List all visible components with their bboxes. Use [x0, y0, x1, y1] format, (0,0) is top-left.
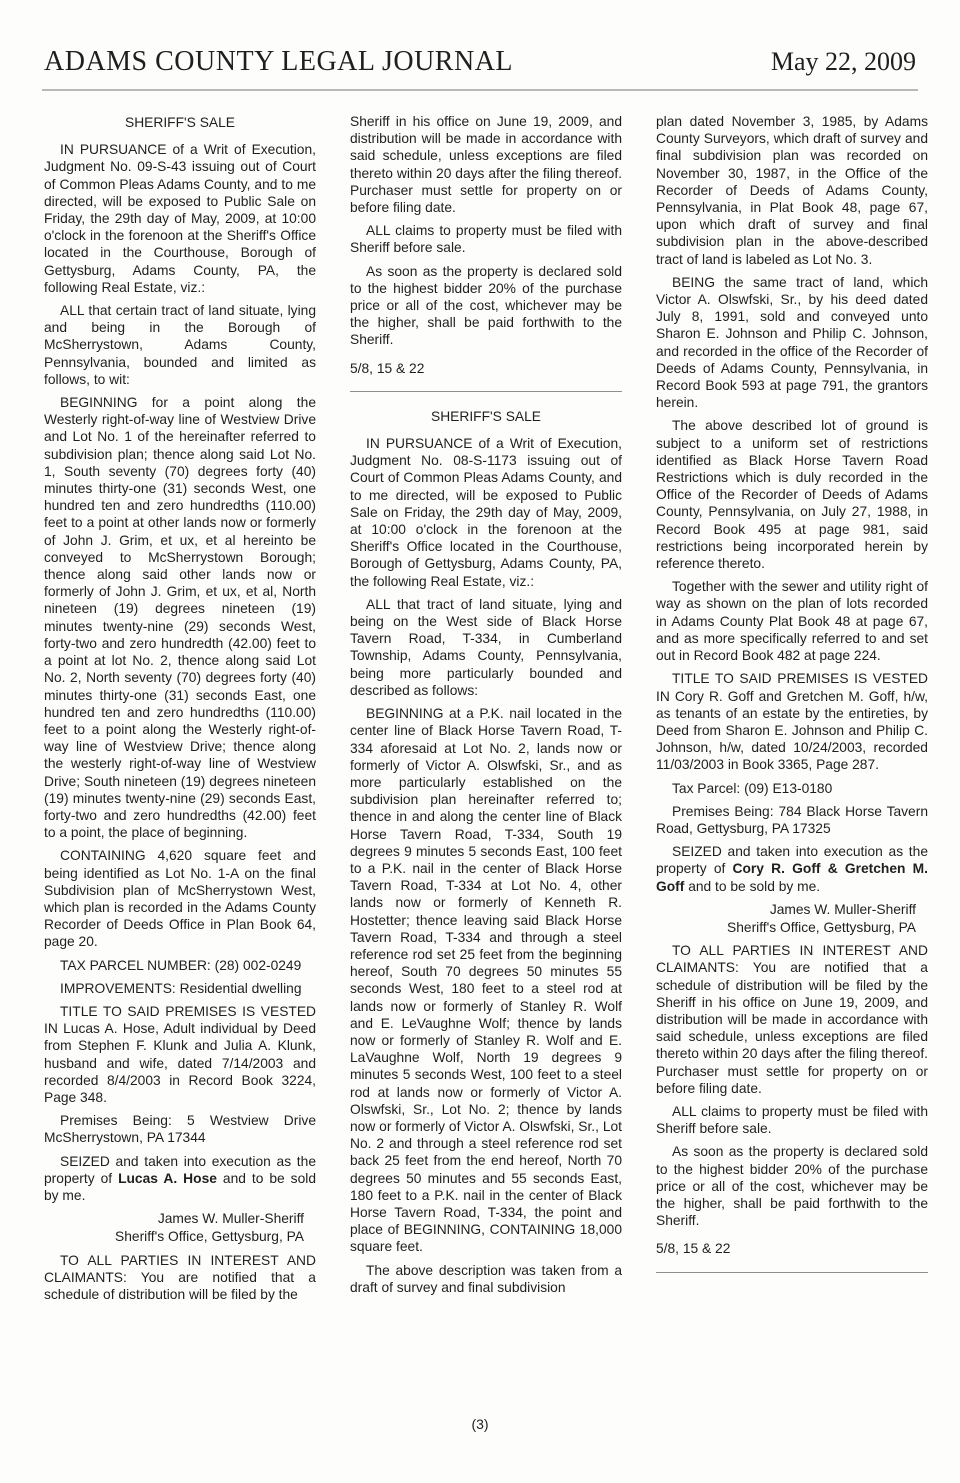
notice-paragraph: BEGINNING for a point along the Westerly…	[44, 394, 316, 841]
improvements-line: IMPROVEMENTS: Residential dwelling	[44, 980, 316, 997]
publication-dates: 5/8, 15 & 22	[656, 1240, 928, 1257]
notice-paragraph: ALL that certain tract of land situate, …	[44, 302, 316, 388]
notice-paragraph: IN PURSUANCE of a Writ of Execution, Jud…	[44, 141, 316, 296]
seized-text: and to be sold by me.	[684, 879, 820, 894]
defendant-name: Lucas A. Hose	[118, 1171, 217, 1186]
sheriff-signature-name: James W. Muller-Sheriff	[656, 901, 928, 918]
journal-title: ADAMS COUNTY LEGAL JOURNAL	[44, 46, 513, 78]
page-number: (3)	[0, 1416, 960, 1432]
column-1: SHERIFF'S SALE IN PURSUANCE of a Writ of…	[44, 113, 316, 1309]
masthead: ADAMS COUNTY LEGAL JOURNAL May 22, 2009	[44, 46, 916, 78]
notice-paragraph: Together with the sewer and utility righ…	[656, 578, 928, 664]
notice-paragraph: ALL that tract of land situate, lying an…	[350, 596, 622, 699]
notice-paragraph: IN PURSUANCE of a Writ of Execution, Jud…	[350, 435, 622, 590]
sheriffs-sale-heading: SHERIFF'S SALE	[350, 408, 622, 425]
sheriff-signature-office: Sheriff's Office, Gettysburg, PA	[656, 919, 928, 936]
notice-paragraph: CONTAINING 4,620 square feet and being i…	[44, 847, 316, 950]
notice-paragraph: TO ALL PARTIES IN INTEREST AND CLAIMANTS…	[656, 942, 928, 1097]
notice-paragraph: As soon as the property is declared sold…	[656, 1143, 928, 1229]
legal-journal-page: ADAMS COUNTY LEGAL JOURNAL May 22, 2009 …	[0, 0, 960, 1483]
issue-date: May 22, 2009	[771, 47, 916, 77]
column-2: Sheriff in his office on June 19, 2009, …	[350, 113, 622, 1309]
column-3: plan dated November 3, 1985, by Adams Co…	[656, 113, 928, 1309]
notice-paragraph: BEING the same tract of land, which Vict…	[656, 274, 928, 412]
sheriff-signature-name: James W. Muller-Sheriff	[44, 1210, 316, 1227]
sheriffs-sale-heading: SHERIFF'S SALE	[44, 114, 316, 131]
notice-paragraph: ALL claims to property must be filed wit…	[656, 1103, 928, 1137]
notice-divider	[656, 1272, 928, 1273]
notice-paragraph-continued: plan dated November 3, 1985, by Adams Co…	[656, 113, 928, 268]
notice-paragraph: BEGINNING at a P.K. nail located in the …	[350, 705, 622, 1256]
premises-line: Premises Being: 784 Black Horse Tavern R…	[656, 803, 928, 837]
notice-paragraph: As soon as the property is declared sold…	[350, 263, 622, 349]
notice-paragraph: The above description was taken from a d…	[350, 1262, 622, 1296]
notice-paragraph: TITLE TO SAID PREMISES IS VESTED IN Cory…	[656, 670, 928, 773]
notice-columns: SHERIFF'S SALE IN PURSUANCE of a Writ of…	[44, 113, 928, 1309]
notice-divider	[350, 391, 622, 392]
publication-dates: 5/8, 15 & 22	[350, 360, 622, 377]
notice-paragraph: The above described lot of ground is sub…	[656, 417, 928, 572]
notice-paragraph: TITLE TO SAID PREMISES IS VESTED IN Luca…	[44, 1003, 316, 1106]
notice-paragraph: TO ALL PARTIES IN INTEREST AND CLAIMANTS…	[44, 1252, 316, 1304]
tax-parcel-line: TAX PARCEL NUMBER: (28) 002-0249	[44, 957, 316, 974]
premises-line: Premises Being: 5 Westview Drive McSherr…	[44, 1112, 316, 1146]
notice-paragraph-continued: Sheriff in his office on June 19, 2009, …	[350, 113, 622, 216]
sheriff-signature-office: Sheriff's Office, Gettysburg, PA	[44, 1228, 316, 1245]
tax-parcel-line: Tax Parcel: (09) E13-0180	[656, 780, 928, 797]
seized-paragraph: SEIZED and taken into execution as the p…	[656, 843, 928, 895]
seized-paragraph: SEIZED and taken into execution as the p…	[44, 1153, 316, 1205]
notice-paragraph: ALL claims to property must be filed wit…	[350, 222, 622, 256]
masthead-rule	[42, 89, 918, 91]
